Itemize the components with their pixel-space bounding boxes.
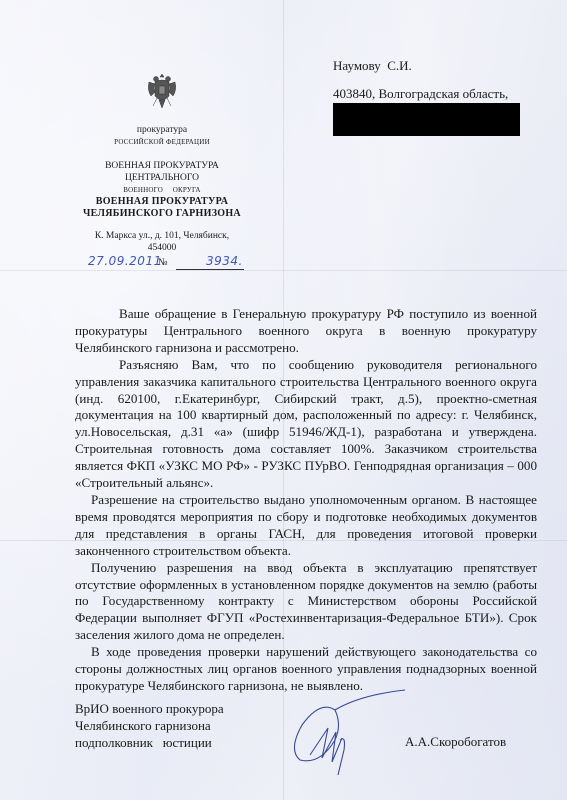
signer-title-1: ВрИО военного прокурора: [75, 700, 224, 717]
paragraph-4: Получению разрешения на ввод объекта в э…: [75, 560, 537, 645]
org-line-garrison: ЧЕЛЯБИНСКОГО ГАРНИЗОНА: [78, 208, 246, 220]
org-line-district: ВОЕННОГО ОКРУГА: [78, 184, 246, 196]
handwritten-date: 27.09.2011.: [88, 255, 166, 267]
signer-title-2: Челябинского гарнизона: [75, 717, 224, 734]
letter-body: Ваше обращение в Генеральную прокуратуру…: [75, 306, 537, 695]
number-label: №: [158, 257, 168, 269]
org-address-street: К. Маркса ул., д. 101, Челябинск,: [78, 230, 246, 242]
signature-block: ВрИО военного прокурора Челябинского гар…: [75, 700, 224, 751]
recipient-name: Наумову С.И.: [333, 58, 520, 74]
recipient-address: 403840, Волгоградская область,: [333, 86, 520, 102]
org-line-prokuratura: прокуратура: [78, 124, 246, 136]
org-line-military-prosecutor: ВОЕННАЯ ПРОКУРАТУРА: [78, 160, 246, 172]
signer-name: А.А.Скоробогатов: [405, 734, 506, 750]
org-address-postcode: 454000: [78, 242, 246, 254]
russian-coat-of-arms-icon: [145, 70, 179, 110]
org-line-central: ЦЕНТРАЛЬНОГО: [78, 172, 246, 184]
org-line-military-prosecutor-bold: ВОЕННАЯ ПРОКУРАТУРА: [78, 196, 246, 208]
paragraph-1: Ваше обращение в Генеральную прокуратуру…: [75, 306, 537, 357]
paragraph-2: Разъясняю Вам, что по сообщению руководи…: [75, 357, 537, 492]
letterhead: прокуратура РОССИЙСКОЙ ФЕДЕРАЦИИ ВОЕННАЯ…: [78, 60, 246, 271]
paragraph-3: Разрешение на строительство выдано уполн…: [75, 492, 537, 560]
date-number-row: 27.09.2011. № 3934.: [78, 255, 246, 271]
signer-title-3: подполковник юстиции: [75, 734, 224, 751]
handwritten-number: 3934.: [206, 255, 243, 267]
handwritten-signature-icon: [280, 680, 410, 780]
org-line-rf: РОССИЙСКОЙ ФЕДЕРАЦИИ: [78, 136, 246, 148]
number-underline: [176, 269, 244, 270]
redaction-box: [333, 103, 520, 136]
recipient-block: Наумову С.И. 403840, Волгоградская облас…: [333, 58, 520, 136]
